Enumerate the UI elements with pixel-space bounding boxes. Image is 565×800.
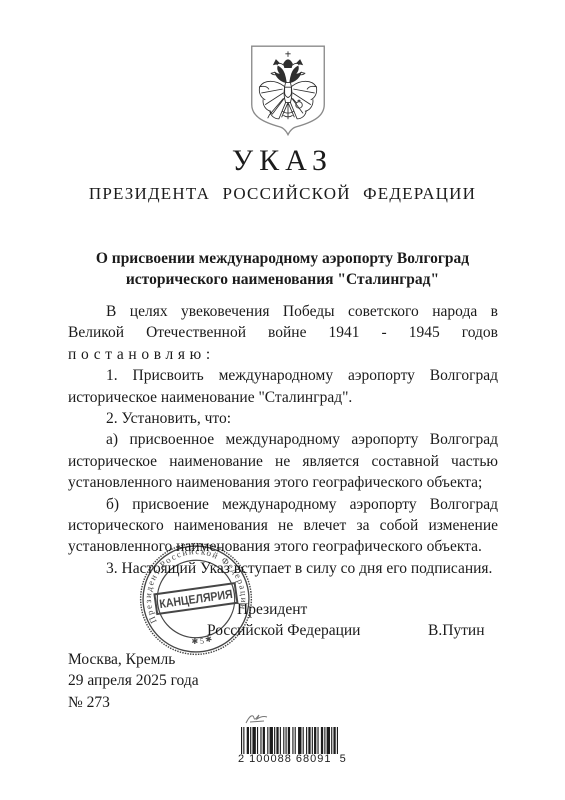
decree-paragraph-1: 1. Присвоить международному аэропорту Во… bbox=[68, 365, 498, 408]
doc-type-heading: УКАЗ bbox=[0, 144, 565, 178]
stamp-number-text: ✱ 5 ✱ bbox=[190, 634, 214, 647]
decree-paragraph-2a: а) присвоенное международному аэропорту … bbox=[68, 429, 498, 493]
postanovlyayu-text: постановляю: bbox=[68, 346, 215, 363]
footer-place: Москва, Кремль bbox=[68, 649, 199, 670]
barcode-digits: 2 100088 68091 5 bbox=[238, 753, 344, 765]
stamp-center-text: КАНЦЕЛЯРИЯ bbox=[158, 587, 233, 611]
ink-squiggle-mark bbox=[243, 711, 271, 727]
decree-paragraph-2: 2. Установить, что: bbox=[68, 408, 498, 429]
issuer-heading: ПРЕЗИДЕНТА РОССИЙСКОЙ ФЕДЕРАЦИИ bbox=[0, 184, 565, 204]
footer-block: Москва, Кремль 29 апреля 2025 года № 273 bbox=[68, 649, 199, 713]
footer-date: 29 апреля 2025 года bbox=[68, 670, 199, 691]
svg-text:✱ 5 ✱: ✱ 5 ✱ bbox=[190, 634, 214, 647]
barcode bbox=[241, 727, 338, 754]
decree-title: О присвоении международному аэропорту Во… bbox=[40, 248, 525, 290]
preamble-text: В целях увековечения Победы советского н… bbox=[68, 303, 498, 341]
decree-page: УКАЗ ПРЕЗИДЕНТА РОССИЙСКОЙ ФЕДЕРАЦИИ О п… bbox=[0, 0, 565, 800]
decree-paragraph-preamble: В целях увековечения Победы советского н… bbox=[68, 301, 498, 365]
decree-title-line1: О присвоении международному аэропорту Во… bbox=[40, 248, 525, 269]
russian-coat-of-arms-icon bbox=[249, 45, 327, 139]
decree-title-line2: исторического наименования "Сталинград" bbox=[40, 269, 525, 290]
chancellery-stamp: Президент Российской Федерации ✱ 5 ✱ КАН… bbox=[133, 536, 259, 662]
footer-number: № 273 bbox=[68, 692, 199, 713]
signature-name: В.Путин bbox=[428, 622, 485, 640]
